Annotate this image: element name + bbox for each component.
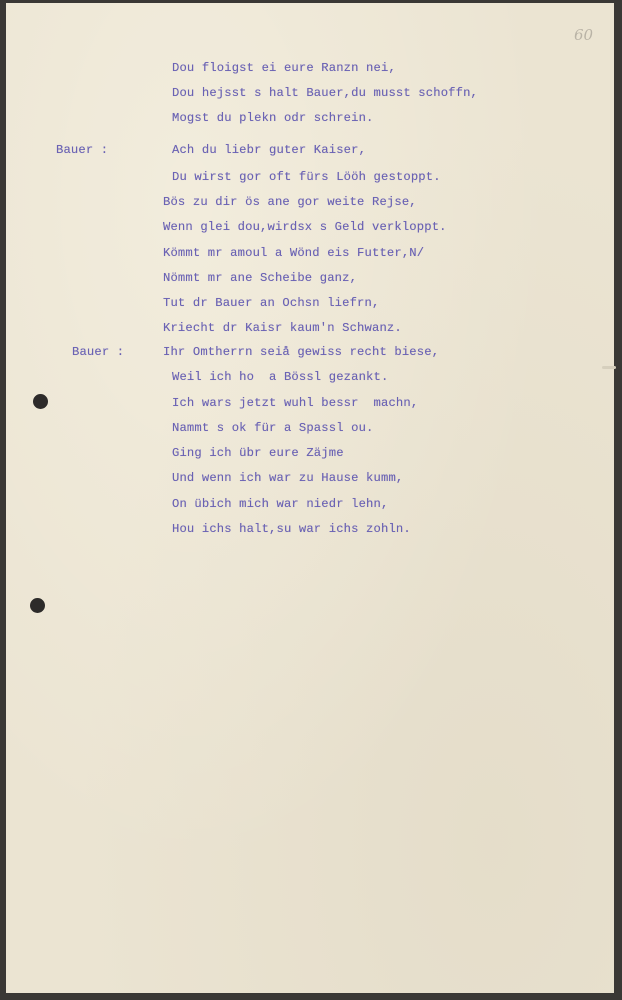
verse-line: Kriecht dr Kaisr kaum'n Schwanz.: [163, 321, 402, 335]
punch-hole: [30, 598, 45, 613]
verse-line: Du wirst gor oft fürs Lööh gestoppt.: [172, 170, 441, 184]
verse-line: Tut dr Bauer an Ochsn liefrn,: [163, 296, 379, 310]
speaker-label: Bauer :: [72, 345, 124, 359]
document-page: 60 Dou floigst ei eure Ranzn nei, Dou he…: [6, 3, 614, 993]
verse-line: On übich mich war niedr lehn,: [172, 497, 388, 511]
page-number: 60: [574, 26, 593, 44]
verse-line: Dou hejsst s halt Bauer,du musst schoffn…: [172, 86, 478, 100]
verse-line: Ihr Omtherrn seiå gewiss recht biese,: [163, 345, 439, 359]
verse-line: Kömmt mr amoul a Wönd eis Futter,N/: [163, 246, 424, 260]
verse-line: Wenn glei dou,wirdsx s Geld verkloppt.: [163, 220, 447, 234]
verse-line: Mogst du plekn odr schrein.: [172, 111, 374, 125]
paper-smudge: [602, 366, 616, 369]
verse-line: Ach du liebr guter Kaiser,: [172, 143, 366, 157]
verse-line: Und wenn ich war zu Hause kumm,: [172, 471, 403, 485]
verse-line: Nammt s ok für a Spassl ou.: [172, 421, 374, 435]
verse-line: Ich wars jetzt wuhl bessr machn,: [172, 396, 418, 410]
verse-line: Dou floigst ei eure Ranzn nei,: [172, 61, 396, 75]
verse-line: Hou ichs halt,su war ichs zohln.: [172, 522, 411, 536]
punch-hole: [33, 394, 48, 409]
speaker-label: Bauer :: [56, 143, 108, 157]
verse-line: Nömmt mr ane Scheibe ganz,: [163, 271, 357, 285]
verse-line: Weil ich ho a Bössl gezankt.: [172, 370, 388, 384]
verse-line: Ging ich übr eure Zäjme: [172, 446, 344, 460]
verse-line: Bös zu dir ös ane gor weite Rejse,: [163, 195, 417, 209]
